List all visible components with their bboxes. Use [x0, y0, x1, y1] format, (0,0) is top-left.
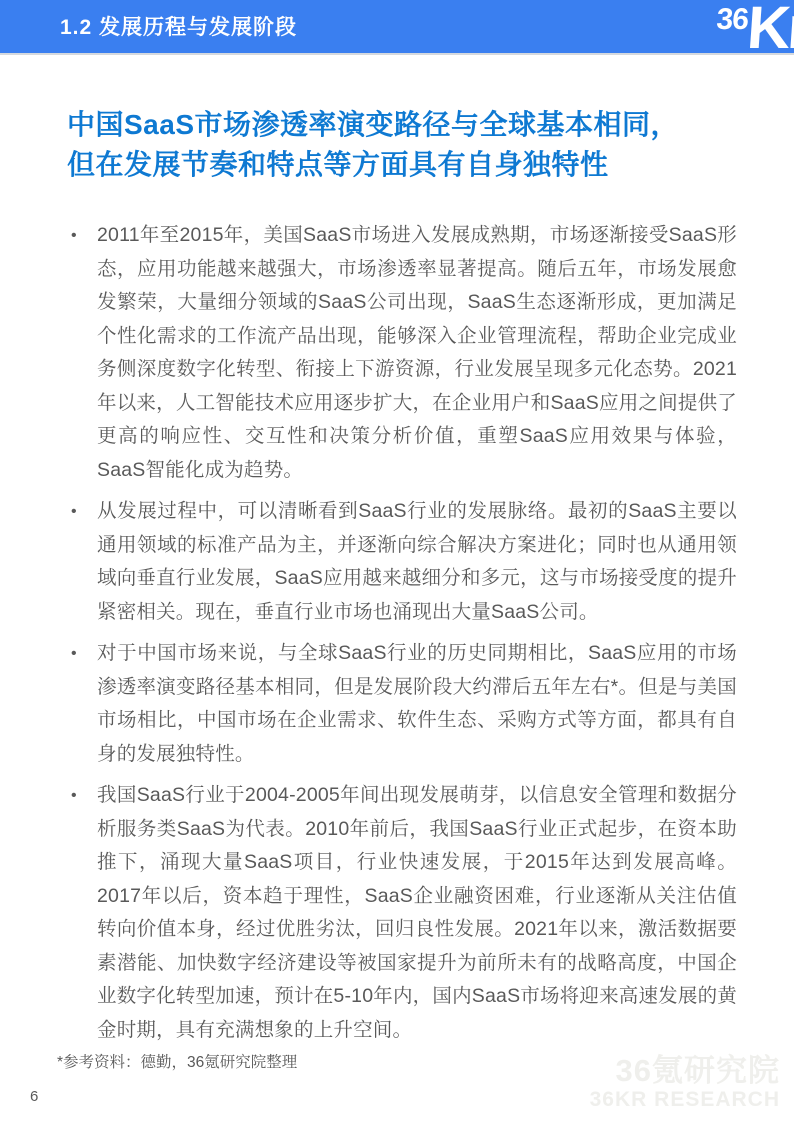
- bullet-list: • 2011年至2015年，美国SaaS市场进入发展成熟期，市场逐渐接受SaaS…: [57, 219, 737, 1047]
- bullet-text-3: 对于中国市场来说，与全球SaaS行业的历史同期相比，SaaS应用的市场渗透率演变…: [97, 637, 737, 771]
- bullet-item-3: • 对于中国市场来说，与全球SaaS行业的历史同期相比，SaaS应用的市场渗透率…: [57, 637, 737, 771]
- bullet-text-2: 从发展过程中，可以清晰看到SaaS行业的发展脉络。最初的SaaS主要以通用领域的…: [97, 495, 737, 629]
- footnote: *参考资料：德勤，36氪研究院整理: [57, 1050, 297, 1072]
- page-title: 中国SaaS市场渗透率演变路径与全球基本相同， 但在发展节奏和特点等方面具有自身…: [67, 105, 737, 185]
- 36kr-logo: 36 Kr: [714, 0, 794, 55]
- bullet-item-4: • 我国SaaS行业于2004-2005年间出现发展萌芽，以信息安全管理和数据分…: [57, 779, 737, 1047]
- bullet-marker: •: [57, 779, 97, 1047]
- logo-36-text: 36: [715, 5, 748, 35]
- bullet-marker: •: [57, 219, 97, 487]
- bullet-marker: •: [57, 637, 97, 771]
- report-page: 1.2 发展历程与发展阶段 36 Kr 中国SaaS市场渗透率演变路径与全球基本…: [0, 0, 794, 1123]
- watermark-chinese: 36氪研究院: [590, 1054, 780, 1088]
- bullet-text-1: 2011年至2015年，美国SaaS市场进入发展成熟期，市场逐渐接受SaaS形态…: [97, 219, 737, 487]
- page-header: 1.2 发展历程与发展阶段 36 Kr: [0, 0, 794, 55]
- page-number: 6: [30, 1088, 38, 1105]
- bullet-marker: •: [57, 495, 97, 629]
- bullet-text-4: 我国SaaS行业于2004-2005年间出现发展萌芽，以信息安全管理和数据分析服…: [97, 779, 737, 1047]
- content-area: 中国SaaS市场渗透率演变路径与全球基本相同， 但在发展节奏和特点等方面具有自身…: [0, 105, 794, 1047]
- section-heading: 1.2 发展历程与发展阶段: [60, 0, 297, 55]
- page-title-line-1: 中国SaaS市场渗透率演变路径与全球基本相同，: [67, 105, 737, 145]
- watermark: 36氪研究院 36KR RESEARCH: [590, 1054, 780, 1112]
- watermark-english: 36KR RESEARCH: [590, 1088, 780, 1112]
- page-title-line-2: 但在发展节奏和特点等方面具有自身独特性: [67, 145, 737, 185]
- bullet-item-2: • 从发展过程中，可以清晰看到SaaS行业的发展脉络。最初的SaaS主要以通用领…: [57, 495, 737, 629]
- logo-kr-text: Kr: [745, 0, 794, 56]
- bullet-item-1: • 2011年至2015年，美国SaaS市场进入发展成熟期，市场逐渐接受SaaS…: [57, 219, 737, 487]
